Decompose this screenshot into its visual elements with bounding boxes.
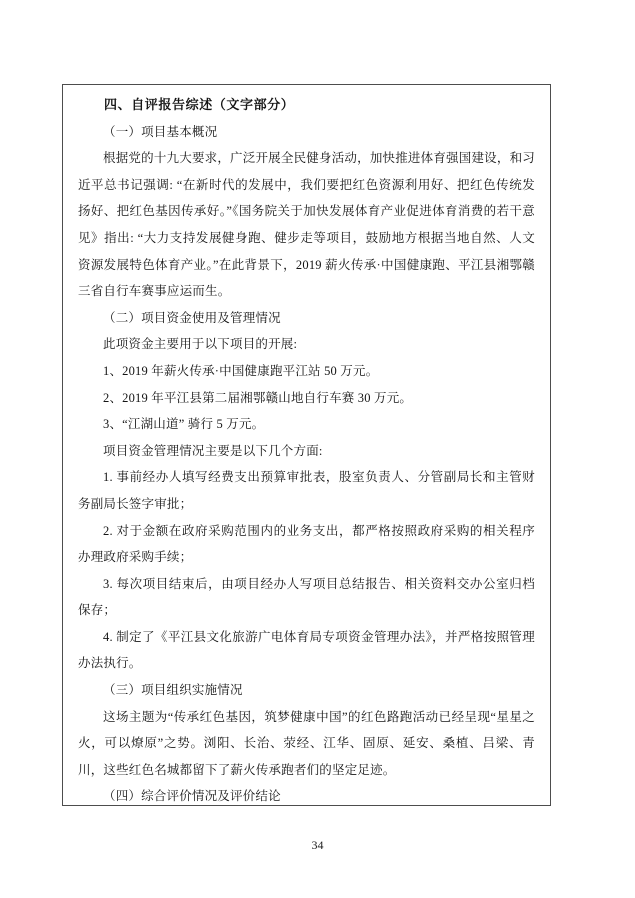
report-paragraph: 根据党的十九大要求，广泛开展全民健身活动，加快推进体育强国建设，和习近平总书记强… [78,145,535,305]
report-paragraph: 1、2019 年薪火传承·中国健康跑平江站 50 万元。 [78,358,535,385]
report-paragraph: 2. 对于金额在政府采购范围内的业务支出，都严格按照政府采购的相关程序办理政府采… [78,518,535,571]
report-body: 四、自评报告综述（文字部分）（一）项目基本概况根据党的十九大要求，广泛开展全民健… [78,92,535,806]
report-paragraph: 2、2019 年平江县第二届湘鄂赣山地自行车赛 30 万元。 [78,385,535,412]
report-paragraph: 此项资金主要用于以下项目的开展: [78,331,535,358]
report-paragraph: （一）项目基本概况 [78,119,535,146]
report-paragraph: 3. 每次项目结束后，由项目经办人写项目总结报告、相关资料交办公室归档保存； [78,571,535,624]
report-heading: 四、自评报告综述（文字部分） [78,92,535,119]
report-paragraph: （三）项目组织实施情况 [78,677,535,704]
report-paragraph: （二）项目资金使用及管理情况 [78,305,535,332]
report-text-box: 四、自评报告综述（文字部分）（一）项目基本概况根据党的十九大要求，广泛开展全民健… [62,84,551,806]
report-paragraph: 4. 制定了《平江县文化旅游广电体育局专项资金管理办法》，并严格按照管理办法执行… [78,624,535,677]
document-page: 四、自评报告综述（文字部分）（一）项目基本概况根据党的十九大要求，广泛开展全民健… [0,0,635,898]
report-paragraph: 这场主题为“传承红色基因，筑梦健康中国”的红色路跑活动已经呈现“星星之火，可以燎… [78,704,535,784]
report-paragraph: 项目资金管理情况主要是以下几个方面: [78,438,535,465]
report-paragraph: （四）综合评价情况及评价结论 [78,783,535,806]
report-paragraph: 1. 事前经办人填写经费支出预算审批表，股室负责人、分管副局长和主管财务副局长签… [78,464,535,517]
report-paragraph: 3、“江湖山道” 骑行 5 万元。 [78,411,535,438]
page-number: 34 [0,838,635,853]
